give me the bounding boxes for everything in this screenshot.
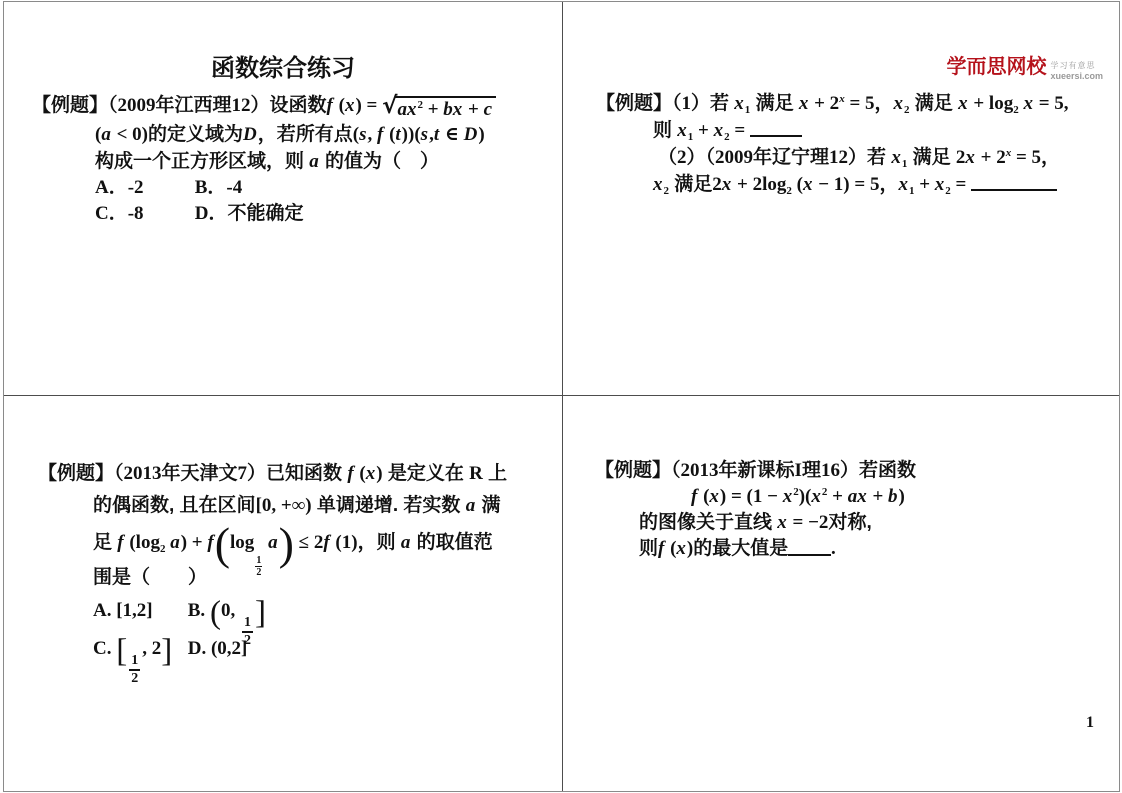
text-segment: B. bbox=[188, 600, 210, 621]
text-segment: 年辽宁理 bbox=[753, 147, 829, 168]
text-segment: x bbox=[676, 538, 687, 559]
text-segment: 16 bbox=[821, 460, 840, 481]
text-segment: 2 bbox=[160, 543, 166, 555]
text-segment: 上 bbox=[483, 463, 507, 484]
text-segment: b bbox=[888, 486, 899, 507]
radical-expression: √ax2 + bx + c bbox=[382, 95, 496, 116]
text-segment: 2 bbox=[712, 174, 722, 195]
fraction: 12 bbox=[255, 555, 262, 578]
text-segment: 满足 bbox=[750, 93, 799, 114]
text-segment: f bbox=[117, 532, 124, 553]
text-segment: 1 bbox=[688, 131, 694, 143]
text-segment: 12 bbox=[232, 95, 251, 116]
text-segment: 则 bbox=[639, 538, 658, 559]
text-segment: ) + bbox=[181, 532, 208, 553]
fraction: 12 bbox=[129, 653, 140, 687]
problem-formula: f (x) = (1 − x2)(x2 + ax + b) bbox=[595, 484, 1105, 510]
problem-line: 足 f (log2 a) + f(log12 a) ≤ 2f (1)，则 a 的… bbox=[38, 522, 553, 563]
text-segment: 的图像关于直线 bbox=[639, 512, 777, 533]
text-segment: , bbox=[367, 124, 377, 145]
fraction-denominator: 2 bbox=[256, 567, 261, 578]
text-segment: [ bbox=[116, 633, 127, 669]
text-segment: ax bbox=[848, 486, 868, 507]
problem-line: x2 满足2x + 2log2 (x − 1) = 5，x1 + x2 = bbox=[596, 171, 1111, 198]
answer-blank bbox=[750, 117, 802, 137]
text-segment: 理 bbox=[802, 460, 821, 481]
text-segment: x bbox=[894, 93, 905, 114]
text-segment: 的偶函数, 且在区间 bbox=[93, 495, 256, 516]
text-segment: x bbox=[898, 174, 909, 195]
text-segment: = 5 bbox=[1011, 147, 1041, 168]
text-segment: x bbox=[366, 463, 377, 484]
text-segment: = 5 bbox=[845, 93, 875, 114]
text-segment: x bbox=[777, 512, 788, 533]
text-segment: x bbox=[783, 486, 794, 507]
panel-bottom-right: 【例题】（2013年新课标I理16）若函数 f (x) = (1 − x2)(x… bbox=[563, 396, 1119, 791]
option-row: C．-8 D．不能确定 bbox=[32, 201, 552, 227]
text-segment: 年新课标 bbox=[719, 460, 795, 481]
text-segment: 年天津文 bbox=[162, 463, 238, 484]
text-segment: )( bbox=[799, 486, 812, 507]
text-segment: x bbox=[891, 147, 902, 168]
option-a: A．-2 bbox=[95, 175, 190, 201]
text-segment: 单调递增. 若实数 bbox=[312, 495, 466, 516]
text-segment: ] bbox=[255, 595, 266, 631]
text-segment: 0, bbox=[221, 600, 240, 621]
text-segment: 2 bbox=[956, 147, 966, 168]
text-segment: 2013 bbox=[124, 463, 162, 484]
page-number: 1 bbox=[1086, 714, 1094, 732]
text-segment: D bbox=[464, 124, 479, 145]
text-segment: f bbox=[207, 532, 214, 553]
text-segment: 满足 bbox=[907, 147, 956, 168]
problem-line: 则f (x)的最大值是 . bbox=[595, 536, 1105, 562]
text-segment: + 2 bbox=[809, 93, 839, 114]
option-c: C. [12, 2] bbox=[93, 630, 183, 687]
text-segment: = 5, bbox=[1034, 93, 1069, 114]
text-segment: − 1) = 5 bbox=[813, 174, 879, 195]
option-b: B．-4 bbox=[195, 175, 290, 201]
text-segment: a bbox=[165, 532, 180, 553]
text-segment: 足 bbox=[93, 532, 117, 553]
text-segment: + bbox=[868, 486, 888, 507]
text-segment: 1 bbox=[902, 158, 908, 170]
text-segment: 2009 bbox=[715, 147, 753, 168]
panel-top-left: 函数综合练习 【例题】（2009年江西理12）设函数f (x) = √ax2 +… bbox=[4, 2, 562, 395]
problem-line: 【例题】（2013年天津文7）已知函数 f (x) 是定义在 R 上 bbox=[38, 458, 553, 490]
text-segment: x bbox=[714, 120, 725, 141]
text-segment: a bbox=[401, 532, 412, 553]
panel-top-right: 学而思网校 学习有意思 xueersi.com 【例题】（1）若 x1 满足 x… bbox=[563, 2, 1119, 395]
text-segment: x bbox=[677, 120, 688, 141]
text-segment: + bbox=[423, 99, 443, 120]
text-segment: ， bbox=[1041, 147, 1060, 168]
text-segment: ）若 bbox=[691, 93, 734, 114]
text-segment: 是定义在 bbox=[383, 463, 470, 484]
text-segment: D bbox=[243, 124, 258, 145]
text-segment: 2 bbox=[822, 486, 828, 498]
text-segment: A．-2 bbox=[95, 177, 144, 198]
text-segment: ）设函数 bbox=[251, 95, 327, 116]
problem-line: 【例题】（1）若 x1 满足 x + 2x = 5，x2 满足 x + log2… bbox=[596, 90, 1111, 117]
problem-line: 的图像关于直线 x = −2对称, bbox=[595, 510, 1105, 536]
text-segment: 对称, bbox=[828, 512, 871, 533]
text-segment: 【例题】（ bbox=[38, 463, 124, 484]
text-segment: 2 bbox=[945, 185, 951, 197]
text-segment: 年江西理 bbox=[156, 95, 232, 116]
text-segment: ≤ 2 bbox=[294, 532, 323, 553]
text-segment: = bbox=[951, 174, 971, 195]
text-segment: D. (0,2] bbox=[188, 638, 248, 659]
text-segment: D． bbox=[195, 203, 228, 224]
problem-block-3: 【例题】（2013年天津文7）已知函数 f (x) 是定义在 R 上 的偶函数,… bbox=[38, 458, 553, 668]
text-segment: ( bbox=[210, 595, 221, 631]
text-segment: x bbox=[709, 486, 720, 507]
text-segment: + 2 bbox=[976, 147, 1006, 168]
text-segment: x bbox=[345, 95, 356, 116]
option-row: C. [12, 2] D. (0,2] bbox=[38, 630, 553, 668]
text-segment: ）若 bbox=[848, 147, 891, 168]
text-segment: 2009 bbox=[118, 95, 156, 116]
text-segment: x bbox=[803, 174, 814, 195]
text-segment: ，若所有点 bbox=[258, 124, 353, 145]
text-segment: 的定义域为 bbox=[148, 124, 243, 145]
text-segment: < 0) bbox=[112, 124, 148, 145]
text-segment: x bbox=[1019, 93, 1034, 114]
text-segment: R bbox=[469, 463, 483, 484]
xueersi-logo: 学而思网校 学习有意思 xueersi.com bbox=[946, 55, 1103, 81]
text-segment: ( bbox=[384, 124, 395, 145]
text-segment: + 2log bbox=[732, 174, 786, 195]
problem-line: (a < 0)的定义域为D，若所有点(s, f (t))(s,t ∈ D) bbox=[32, 121, 552, 148]
text-segment: 【例题】（ bbox=[595, 460, 681, 481]
text-segment: 1 bbox=[745, 104, 751, 116]
text-segment: f bbox=[347, 463, 354, 484]
text-segment: C．-8 bbox=[95, 203, 144, 224]
text-segment: , 2 bbox=[142, 638, 161, 659]
option-d: D. (0,2] bbox=[188, 630, 278, 668]
text-segment: A. [1,2] bbox=[93, 600, 153, 621]
text-segment: 2 bbox=[793, 486, 799, 498]
text-segment: . bbox=[831, 538, 836, 559]
text-segment: 2 bbox=[904, 104, 910, 116]
text-segment: log bbox=[230, 532, 254, 553]
text-segment: ∈ bbox=[440, 124, 464, 145]
text-segment: (log bbox=[125, 532, 160, 553]
text-segment: ] bbox=[161, 633, 172, 669]
text-segment: C. bbox=[93, 638, 116, 659]
text-segment: x bbox=[734, 93, 745, 114]
text-segment: 2013 bbox=[681, 460, 719, 481]
option-c: C．-8 bbox=[95, 201, 190, 227]
text-segment: x bbox=[1006, 147, 1012, 159]
text-segment: 2 bbox=[1013, 104, 1019, 116]
text-segment: ）若函数 bbox=[840, 460, 916, 481]
text-segment: ax bbox=[397, 99, 417, 120]
text-segment: ）已知函数 bbox=[247, 463, 347, 484]
text-segment: x bbox=[935, 174, 946, 195]
text-segment: ))( bbox=[402, 124, 421, 145]
text-segment: ) bbox=[899, 486, 905, 507]
text-segment: s bbox=[421, 124, 429, 145]
text-segment: ( bbox=[698, 486, 709, 507]
text-segment: + bbox=[914, 174, 934, 195]
fraction-numerator: 1 bbox=[129, 653, 140, 671]
text-segment: 1 bbox=[909, 185, 915, 197]
text-segment: ）（ bbox=[687, 147, 716, 168]
text-segment: c bbox=[484, 99, 493, 120]
text-segment: x bbox=[965, 147, 976, 168]
text-segment: x bbox=[799, 93, 810, 114]
text-segment: ( bbox=[792, 174, 803, 195]
text-segment: ) = (1 − bbox=[720, 486, 783, 507]
problem-line: 则 x1 + x2 = bbox=[596, 117, 1111, 144]
text-segment: 1 bbox=[682, 93, 692, 114]
text-segment: I bbox=[795, 460, 802, 481]
text-segment: x bbox=[958, 93, 969, 114]
text-segment: f bbox=[327, 95, 334, 116]
text-segment: ，则 bbox=[358, 532, 401, 553]
text-segment: ( bbox=[215, 518, 230, 569]
logo-tagline-slogan: 学习有意思 bbox=[1050, 60, 1103, 71]
answer-blank bbox=[788, 536, 831, 556]
text-segment: + bbox=[463, 99, 483, 120]
text-segment: 7 bbox=[238, 463, 248, 484]
text-segment: 12 bbox=[829, 147, 848, 168]
text-segment: ， bbox=[875, 93, 894, 114]
problem-block-4: 【例题】（2013年新课标I理16）若函数 f (x) = (1 − x2)(x… bbox=[595, 458, 1105, 562]
option-a: A. [1,2] bbox=[93, 592, 183, 630]
worksheet-page: 函数综合练习 【例题】（2009年江西理12）设函数f (x) = √ax2 +… bbox=[3, 1, 1120, 792]
logo-tagline: 学习有意思 xueersi.com bbox=[1050, 60, 1103, 81]
text-segment: 2 bbox=[664, 185, 670, 197]
text-segment: a bbox=[466, 495, 477, 516]
text-segment: 满足 bbox=[669, 174, 712, 195]
text-segment: + log bbox=[969, 93, 1014, 114]
text-segment: 围是（ ） bbox=[93, 567, 207, 588]
text-segment: 【例题】（ bbox=[32, 95, 118, 116]
text-segment: a bbox=[309, 151, 320, 172]
text-segment: ( bbox=[355, 463, 366, 484]
text-segment: ) bbox=[478, 124, 484, 145]
text-segment: = bbox=[730, 120, 750, 141]
problem-line: 围是（ ） bbox=[38, 563, 553, 592]
text-segment: 不能确定 bbox=[227, 203, 303, 224]
text-segment: 的值为（ ） bbox=[320, 151, 439, 172]
problem-line: （2）（2009年辽宁理12）若 x1 满足 2x + 2x = 5， bbox=[596, 144, 1111, 171]
text-segment: B．-4 bbox=[195, 177, 243, 198]
text-segment: bx bbox=[443, 99, 463, 120]
text-segment: = −2 bbox=[788, 512, 829, 533]
text-segment: 满 bbox=[476, 495, 500, 516]
text-segment: ) bbox=[279, 518, 294, 569]
text-segment: 的取值范 bbox=[411, 532, 492, 553]
text-segment: a bbox=[263, 532, 278, 553]
problem-line: 【例题】（2013年新课标I理16）若函数 bbox=[595, 458, 1105, 484]
problem-block-1: 【例题】（2009年江西理12）设函数f (x) = √ax2 + bx + c… bbox=[32, 90, 552, 227]
problem-line: 的偶函数, 且在区间[0, +∞) 单调递增. 若实数 a 满 bbox=[38, 490, 553, 522]
option-d: D．不能确定 bbox=[195, 201, 304, 227]
panel-bottom-left: 【例题】（2013年天津文7）已知函数 f (x) 是定义在 R 上 的偶函数,… bbox=[4, 396, 562, 791]
text-segment: x bbox=[839, 93, 845, 105]
text-segment: 的最大值是 bbox=[693, 538, 788, 559]
problem-block-2: 【例题】（1）若 x1 满足 x + 2x = 5，x2 满足 x + log2… bbox=[596, 90, 1111, 198]
logo-brand-text: 学而思网校 bbox=[946, 55, 1046, 79]
fraction-numerator: 1 bbox=[255, 555, 262, 567]
worksheet-title: 函数综合练习 bbox=[4, 48, 562, 83]
logo-tagline-domain: xueersi.com bbox=[1050, 71, 1103, 81]
text-segment: f bbox=[323, 532, 330, 553]
text-segment: + bbox=[693, 120, 713, 141]
text-segment: ) = bbox=[355, 95, 382, 116]
problem-line: 构成一个正方形区域，则 a 的值为（ ） bbox=[32, 148, 552, 175]
text-segment: 2 bbox=[677, 147, 687, 168]
option-row: A．-2 B．-4 bbox=[32, 175, 552, 201]
text-segment: + bbox=[827, 486, 847, 507]
text-segment: 则 bbox=[653, 120, 677, 141]
text-segment: 2 bbox=[786, 185, 792, 197]
text-segment: x bbox=[811, 486, 822, 507]
text-segment: x bbox=[722, 174, 733, 195]
radicand: ax2 + bx + c bbox=[395, 96, 496, 122]
text-segment: 构成一个正方形区域，则 bbox=[95, 151, 309, 172]
text-segment: [0, +∞) bbox=[256, 495, 312, 516]
answer-blank bbox=[971, 171, 1057, 191]
option-row: A. [1,2] B. (0, 12] bbox=[38, 592, 553, 630]
text-segment: ( bbox=[334, 95, 345, 116]
text-segment: (1) bbox=[331, 532, 358, 553]
problem-line: 【例题】（2009年江西理12）设函数f (x) = √ax2 + bx + c bbox=[32, 90, 552, 121]
text-segment: 【例题】（ bbox=[596, 93, 682, 114]
text-segment: 满足 bbox=[910, 93, 959, 114]
text-segment: ( bbox=[665, 538, 676, 559]
text-segment: 2 bbox=[417, 99, 423, 111]
text-segment: （ bbox=[658, 147, 677, 168]
text-segment: x bbox=[653, 174, 664, 195]
text-segment: ， bbox=[879, 174, 898, 195]
text-segment: a bbox=[101, 124, 112, 145]
text-segment: 2 bbox=[724, 131, 730, 143]
fraction-denominator: 2 bbox=[131, 671, 138, 687]
